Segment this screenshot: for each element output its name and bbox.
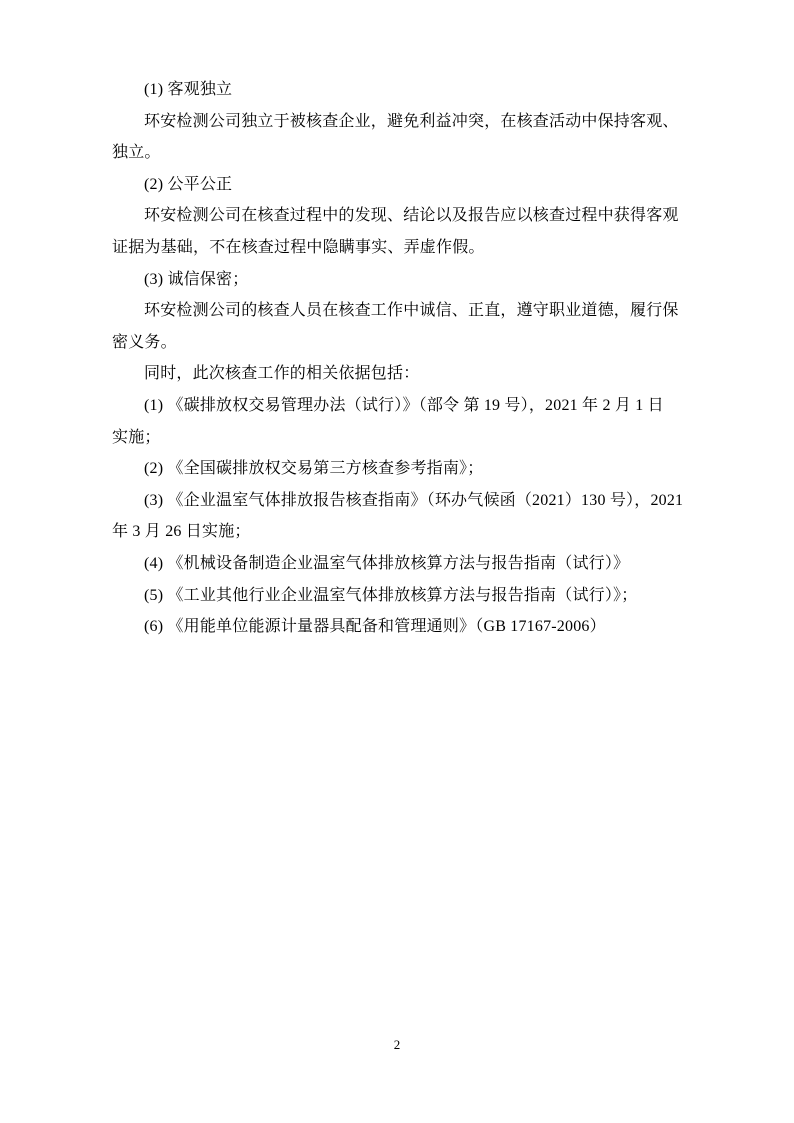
text-line-11: (1) 《碳排放权交易管理办法（试行）》（部令 第 19 号），2021 年 2…: [112, 390, 682, 422]
text-line-6: 证据为基础，不在核查过程中隐瞒事实、弄虚作假。: [112, 232, 682, 264]
text-line-2: 环安检测公司独立于被核查企业，避免利益冲突，在核查活动中保持客观、: [112, 106, 682, 138]
text-line-18: (6) 《用能单位能源计量器具配备和管理通则》（GB 17167-2006）: [112, 611, 682, 643]
page-number: 2: [0, 1036, 794, 1054]
text-line-7: (3) 诚信保密；: [112, 264, 682, 296]
document-body-text: (1) 客观独立环安检测公司独立于被核查企业，避免利益冲突，在核查活动中保持客观…: [112, 74, 682, 643]
text-line-8: 环安检测公司的核查人员在核查工作中诚信、正直，遵守职业道德，履行保: [112, 295, 682, 327]
text-line-3: 独立。: [112, 137, 682, 169]
text-line-12: 实施；: [112, 422, 682, 454]
text-line-4: (2) 公平公正: [112, 169, 682, 201]
text-line-10: 同时，此次核查工作的相关依据包括：: [112, 358, 682, 390]
text-line-14: (3) 《企业温室气体排放报告核查指南》（环办气候函（2021）130 号），2…: [112, 485, 682, 517]
text-line-13: (2) 《全国碳排放权交易第三方核查参考指南》；: [112, 453, 682, 485]
text-line-17: (5) 《工业其他行业企业温室气体排放核算方法与报告指南（试行）》；: [112, 580, 682, 612]
text-line-5: 环安检测公司在核查过程中的发现、结论以及报告应以核查过程中获得客观: [112, 200, 682, 232]
text-line-9: 密义务。: [112, 327, 682, 359]
text-line-1: (1) 客观独立: [112, 74, 682, 106]
document-page: (1) 客观独立环安检测公司独立于被核查企业，避免利益冲突，在核查活动中保持客观…: [0, 0, 794, 1123]
text-line-15: 年 3 月 26 日实施；: [112, 516, 682, 548]
text-line-16: (4) 《机械设备制造企业温室气体排放核算方法与报告指南（试行）》: [112, 548, 682, 580]
